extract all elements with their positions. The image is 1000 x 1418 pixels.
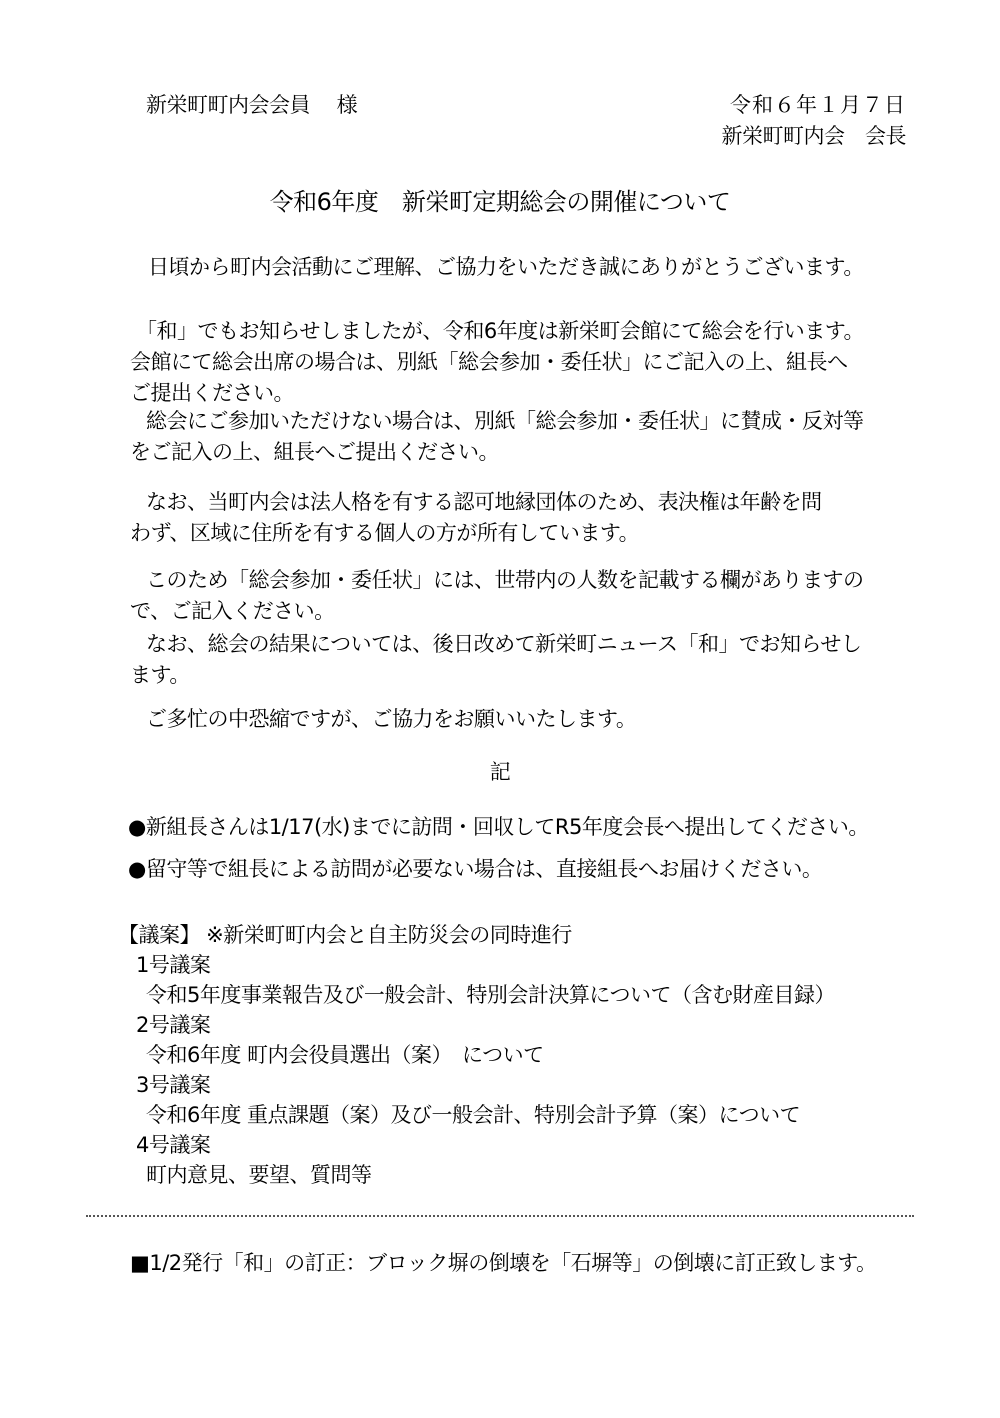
- paragraph-line: 会館にて総会出席の場合は、別紙「総会参加・委任状」にご記入の上、組長へ: [130, 347, 920, 378]
- paragraph-absence: 総会にご参加いただけない場合は、別紙「総会参加・委任状」に賛成・反対等 をご記入…: [130, 406, 920, 468]
- agenda-item-number: 2号議案: [118, 1010, 835, 1040]
- paragraph-line: 「和」でもお知らせしましたが、令和6年度は新栄町会館にて総会を行います。: [130, 316, 920, 347]
- correction-notice: ■1/2発行「和」の訂正：ブロック塀の倒壊を「石塀等」の倒壊に訂正致します。: [130, 1248, 877, 1279]
- dotted-divider: [86, 1215, 914, 1217]
- issue-date: 令和６年１月７日: [730, 90, 906, 121]
- paragraph-line: なお、当町内会は法人格を有する認可地縁団体のため、表決権は年齢を問: [130, 487, 920, 518]
- ki-heading: 記: [0, 757, 1000, 788]
- paragraph-line: で、ご記入ください。: [130, 596, 920, 627]
- paragraph-line: このため「総会参加・委任状」には、世帯内の人数を記載する欄がありますの: [130, 565, 920, 596]
- bullet-item: ●新組長さんは1/17(水)までに訪問・回収してR5年度会長へ提出してください。: [128, 812, 869, 854]
- agenda-heading: 【議案】 ※新栄町町内会と自主防災会の同時進行: [118, 920, 835, 950]
- agenda-item-description: 町内意見、要望、質問等: [118, 1160, 835, 1190]
- agenda-item-description: 令和5年度事業報告及び一般会計、特別会計決算について（含む財産目録）: [118, 980, 835, 1010]
- paragraph-voting-rights: なお、当町内会は法人格を有する認可地縁団体のため、表決権は年齢を問 わず、区域に…: [130, 487, 920, 549]
- paragraph-closing: ご多忙の中恐縮ですが、ご協力をお願いいたします。: [130, 704, 920, 735]
- agenda-item-number: 3号議案: [118, 1070, 835, 1100]
- paragraph-line: ご提出ください。: [130, 378, 920, 409]
- document-page: 新栄町町内会会員 様 令和６年１月７日 新栄町町内会 会長 令和6年度 新栄町定…: [0, 0, 1000, 1418]
- bullet-item: ●留守等で組長による訪問が必要ない場合は、直接組長へお届けください。: [128, 854, 869, 896]
- paragraph-line: ご多忙の中恐縮ですが、ご協力をお願いいたします。: [130, 704, 920, 735]
- paragraph-line: をご記入の上、組長へご提出ください。: [130, 437, 920, 468]
- agenda-item-number: 1号議案: [118, 950, 835, 980]
- paragraph-line: 日頃から町内会活動にご理解、ご協力をいただき誠にありがとうございます。: [130, 252, 920, 283]
- notice-bullets: ●新組長さんは1/17(水)までに訪問・回収してR5年度会長へ提出してください。…: [128, 812, 869, 896]
- agenda-item-description: 令和6年度 重点課題（案）及び一般会計、特別会計予算（案）について: [118, 1100, 835, 1130]
- agenda-item-number: 4号議案: [118, 1130, 835, 1160]
- agenda-item-description: 令和6年度 町内会役員選出（案） について: [118, 1040, 835, 1070]
- addressee: 新栄町町内会会員 様: [146, 90, 357, 121]
- paragraph-line: なお、総会の結果については、後日改めて新栄町ニュース「和」でお知らせし: [130, 629, 920, 660]
- agenda-section: 【議案】 ※新栄町町内会と自主防災会の同時進行 1号議案 令和5年度事業報告及び…: [118, 920, 835, 1190]
- paragraph-line: ます。: [130, 660, 920, 691]
- paragraph-greeting: 日頃から町内会活動にご理解、ご協力をいただき誠にありがとうございます。: [130, 252, 920, 283]
- paragraph-line: わず、区域に住所を有する個人の方が所有しています。: [130, 518, 920, 549]
- document-title: 令和6年度 新栄町定期総会の開催について: [0, 185, 1000, 219]
- paragraph-line: 総会にご参加いただけない場合は、別紙「総会参加・委任状」に賛成・反対等: [130, 406, 920, 437]
- paragraph-venue: 「和」でもお知らせしましたが、令和6年度は新栄町会館にて総会を行います。 会館に…: [130, 316, 920, 409]
- paragraph-household: このため「総会参加・委任状」には、世帯内の人数を記載する欄がありますの で、ご記…: [130, 565, 920, 627]
- paragraph-results: なお、総会の結果については、後日改めて新栄町ニュース「和」でお知らせし ます。: [130, 629, 920, 691]
- sender: 新栄町町内会 会長: [722, 121, 907, 152]
